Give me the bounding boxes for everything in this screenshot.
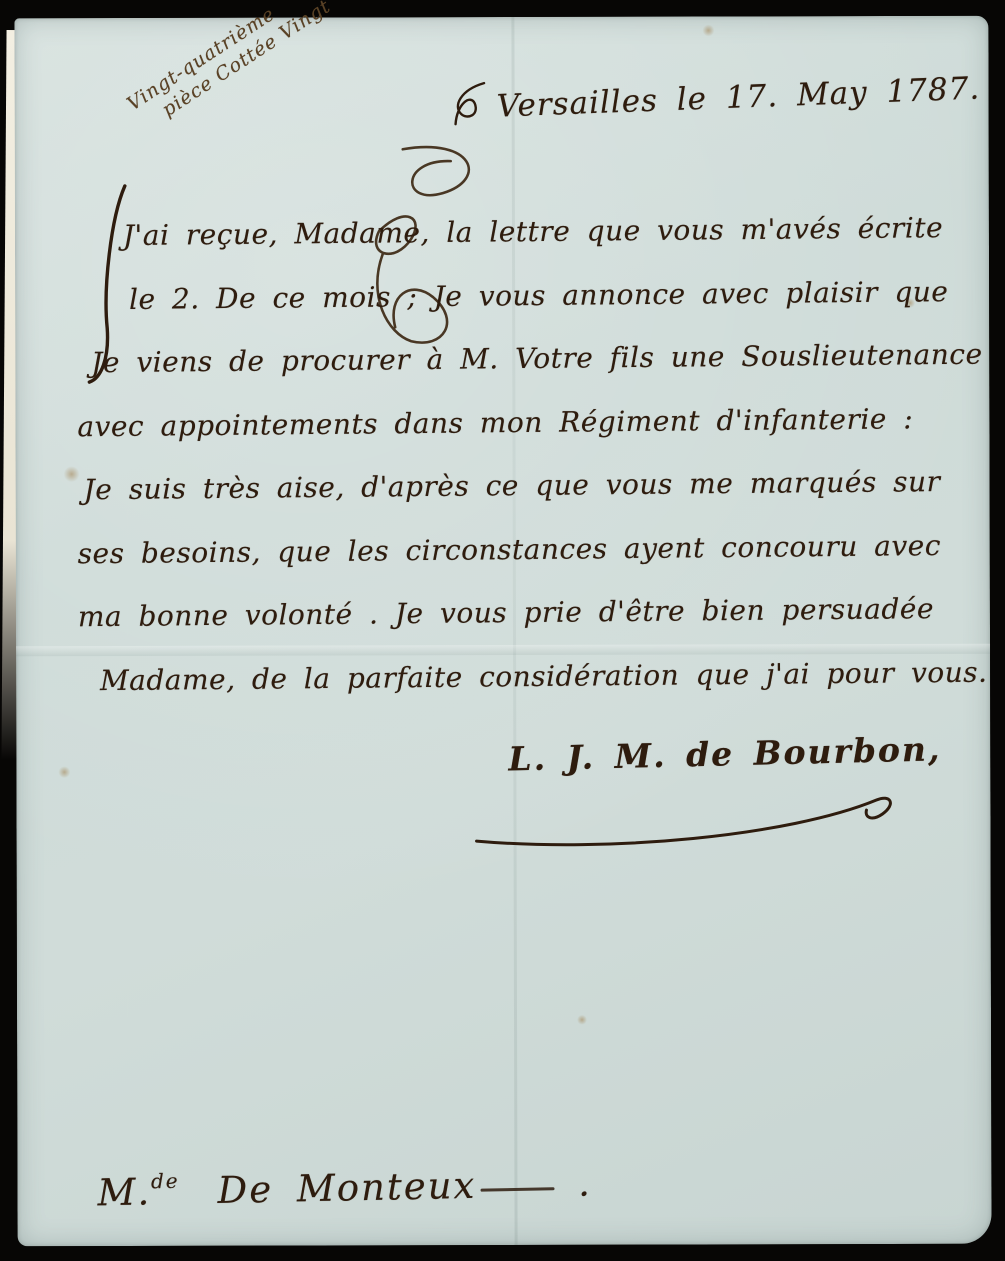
body-line-4: avec appointements dans mon Régiment d'i…	[77, 401, 987, 473]
body-line-6: ses besoins, que les circonstances ayent…	[78, 528, 988, 600]
foxing-spot	[702, 24, 714, 36]
address-name: De Monteux	[217, 1164, 477, 1212]
letter-body: J'ai reçue, Madame, la lettre que vous m…	[77, 214, 988, 724]
dateline-swash-icon	[450, 79, 492, 126]
signature: L. J. M. de Bourbon,	[508, 729, 942, 778]
body-line-7: ma bonne volonté . Je vous prie d'être b…	[78, 592, 988, 664]
foxing-spot	[58, 766, 70, 778]
body-line-5: Je suis très aise, d'après ce que vous m…	[83, 465, 987, 537]
dateline-text: Versailles le 17. May 1787.	[496, 71, 981, 125]
body-line-3: Je viens de procurer à M. Votre fils une…	[91, 338, 987, 410]
letter-page: Vingt-quatrième pièce Cottée Vingt Versa…	[14, 16, 991, 1247]
address-prefix: M.	[97, 1170, 152, 1214]
dateline: Versailles le 17. May 1787.	[450, 61, 981, 127]
recipient-address: M.de De Monteux .	[97, 1160, 592, 1214]
body-line-2: le 2. De ce mois ; Je vous annonce avec …	[129, 274, 987, 346]
body-line-1: J'ai reçue, Madame, la lettre que vous m…	[123, 211, 987, 283]
body-line-8: Madame, de la parfaite considération que…	[100, 655, 988, 727]
signature-paraph	[468, 788, 908, 859]
address-period: .	[578, 1161, 593, 1204]
foxing-spot	[577, 1015, 587, 1025]
address-flourish	[480, 1187, 554, 1191]
archival-annotation: Vingt-quatrième pièce Cottée Vingt	[123, 0, 336, 136]
address-superscript: de	[151, 1169, 180, 1194]
